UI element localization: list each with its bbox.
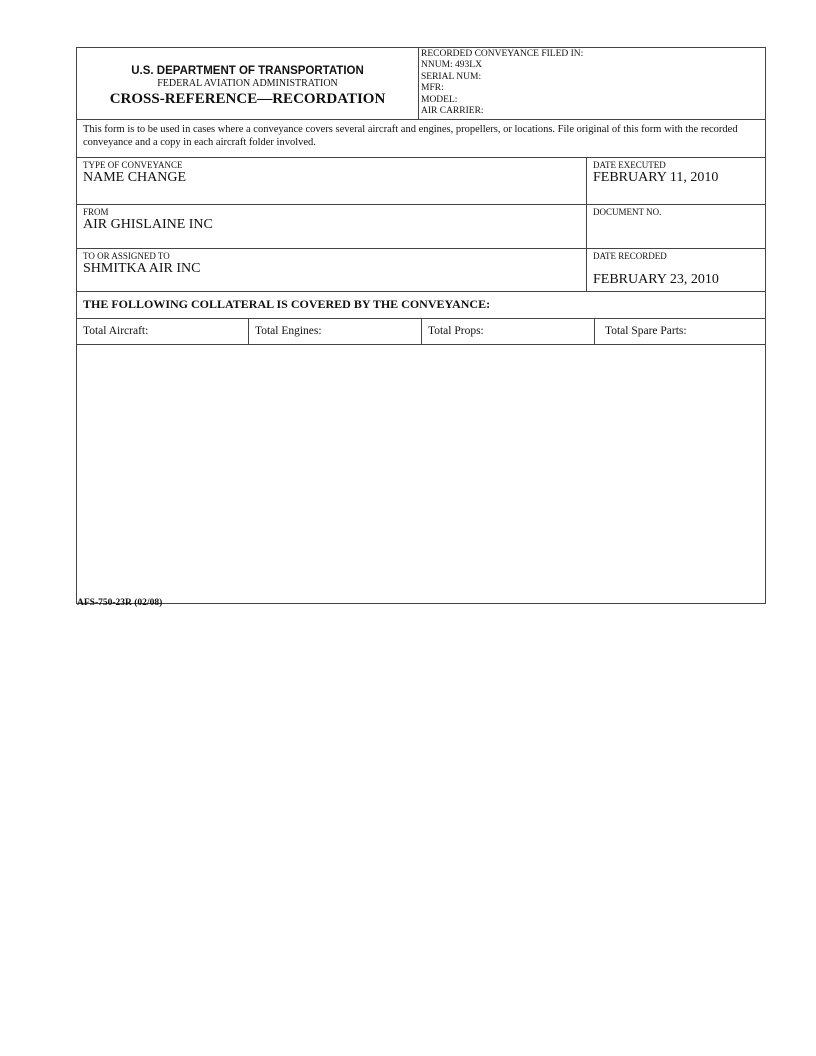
date-executed-cell: DATE EXECUTED FEBRUARY 11, 2010: [587, 158, 765, 204]
to-cell: TO OR ASSIGNED TO SHMITKA AIR INC: [77, 249, 587, 291]
type-label: TYPE OF CONVEYANCE: [83, 158, 580, 170]
type-row: TYPE OF CONVEYANCE NAME CHANGE DATE EXEC…: [77, 158, 765, 205]
notice-text: This form is to be used in cases where a…: [77, 120, 765, 157]
date-executed-value: FEBRUARY 11, 2010: [593, 170, 759, 186]
from-value: AIR GHISLAINE INC: [83, 217, 580, 233]
to-value: SHMITKA AIR INC: [83, 261, 580, 277]
recorded-heading: RECORDED CONVEYANCE FILED IN:: [421, 49, 763, 60]
date-recorded-label: DATE RECORDED: [593, 249, 759, 261]
notice-row: This form is to be used in cases where a…: [77, 120, 765, 158]
recorded-conveyance-block: RECORDED CONVEYANCE FILED IN: NNUM: 493L…: [419, 48, 765, 119]
form-header: U.S. DEPARTMENT OF TRANSPORTATION FEDERA…: [77, 48, 765, 120]
agency-name: FEDERAL AVIATION ADMINISTRATION: [83, 78, 412, 90]
form-title: CROSS-REFERENCE—RECORDATION: [83, 90, 412, 108]
date-recorded-cell: DATE RECORDED FEBRUARY 23, 2010: [587, 249, 765, 291]
to-row: TO OR ASSIGNED TO SHMITKA AIR INC DATE R…: [77, 249, 765, 292]
air-carrier-field: AIR CARRIER:: [421, 106, 763, 117]
to-label: TO OR ASSIGNED TO: [83, 249, 580, 261]
collateral-listing-area: [77, 345, 765, 603]
serial-num-field: SERIAL NUM:: [421, 72, 763, 83]
collateral-heading: THE FOLLOWING COLLATERAL IS COVERED BY T…: [77, 292, 490, 318]
from-cell: FROM AIR GHISLAINE INC: [77, 205, 587, 248]
date-executed-label: DATE EXECUTED: [593, 158, 759, 170]
collateral-heading-row: THE FOLLOWING COLLATERAL IS COVERED BY T…: [77, 292, 765, 319]
document-no-cell: DOCUMENT NO.: [587, 205, 765, 248]
totals-row: Total Aircraft: Total Engines: Total Pro…: [77, 319, 765, 345]
mfr-field: MFR:: [421, 83, 763, 94]
total-engines: Total Engines:: [249, 319, 422, 344]
from-row: FROM AIR GHISLAINE INC DOCUMENT NO.: [77, 205, 765, 249]
from-label: FROM: [83, 205, 580, 217]
model-field: MODEL:: [421, 95, 763, 106]
cross-reference-form: U.S. DEPARTMENT OF TRANSPORTATION FEDERA…: [76, 47, 766, 604]
document-no-label: DOCUMENT NO.: [593, 205, 759, 217]
type-of-conveyance-cell: TYPE OF CONVEYANCE NAME CHANGE: [77, 158, 587, 204]
department-name: U.S. DEPARTMENT OF TRANSPORTATION: [83, 65, 412, 78]
form-number: AFS-750-23R (02/08): [77, 598, 162, 608]
type-value: NAME CHANGE: [83, 170, 580, 186]
total-spare-parts: Total Spare Parts:: [595, 319, 765, 344]
header-title-block: U.S. DEPARTMENT OF TRANSPORTATION FEDERA…: [77, 48, 419, 119]
nnum-field: NNUM: 493LX: [421, 60, 763, 71]
total-props: Total Props:: [422, 319, 595, 344]
total-aircraft: Total Aircraft:: [77, 319, 249, 344]
date-recorded-value: FEBRUARY 23, 2010: [593, 272, 759, 288]
